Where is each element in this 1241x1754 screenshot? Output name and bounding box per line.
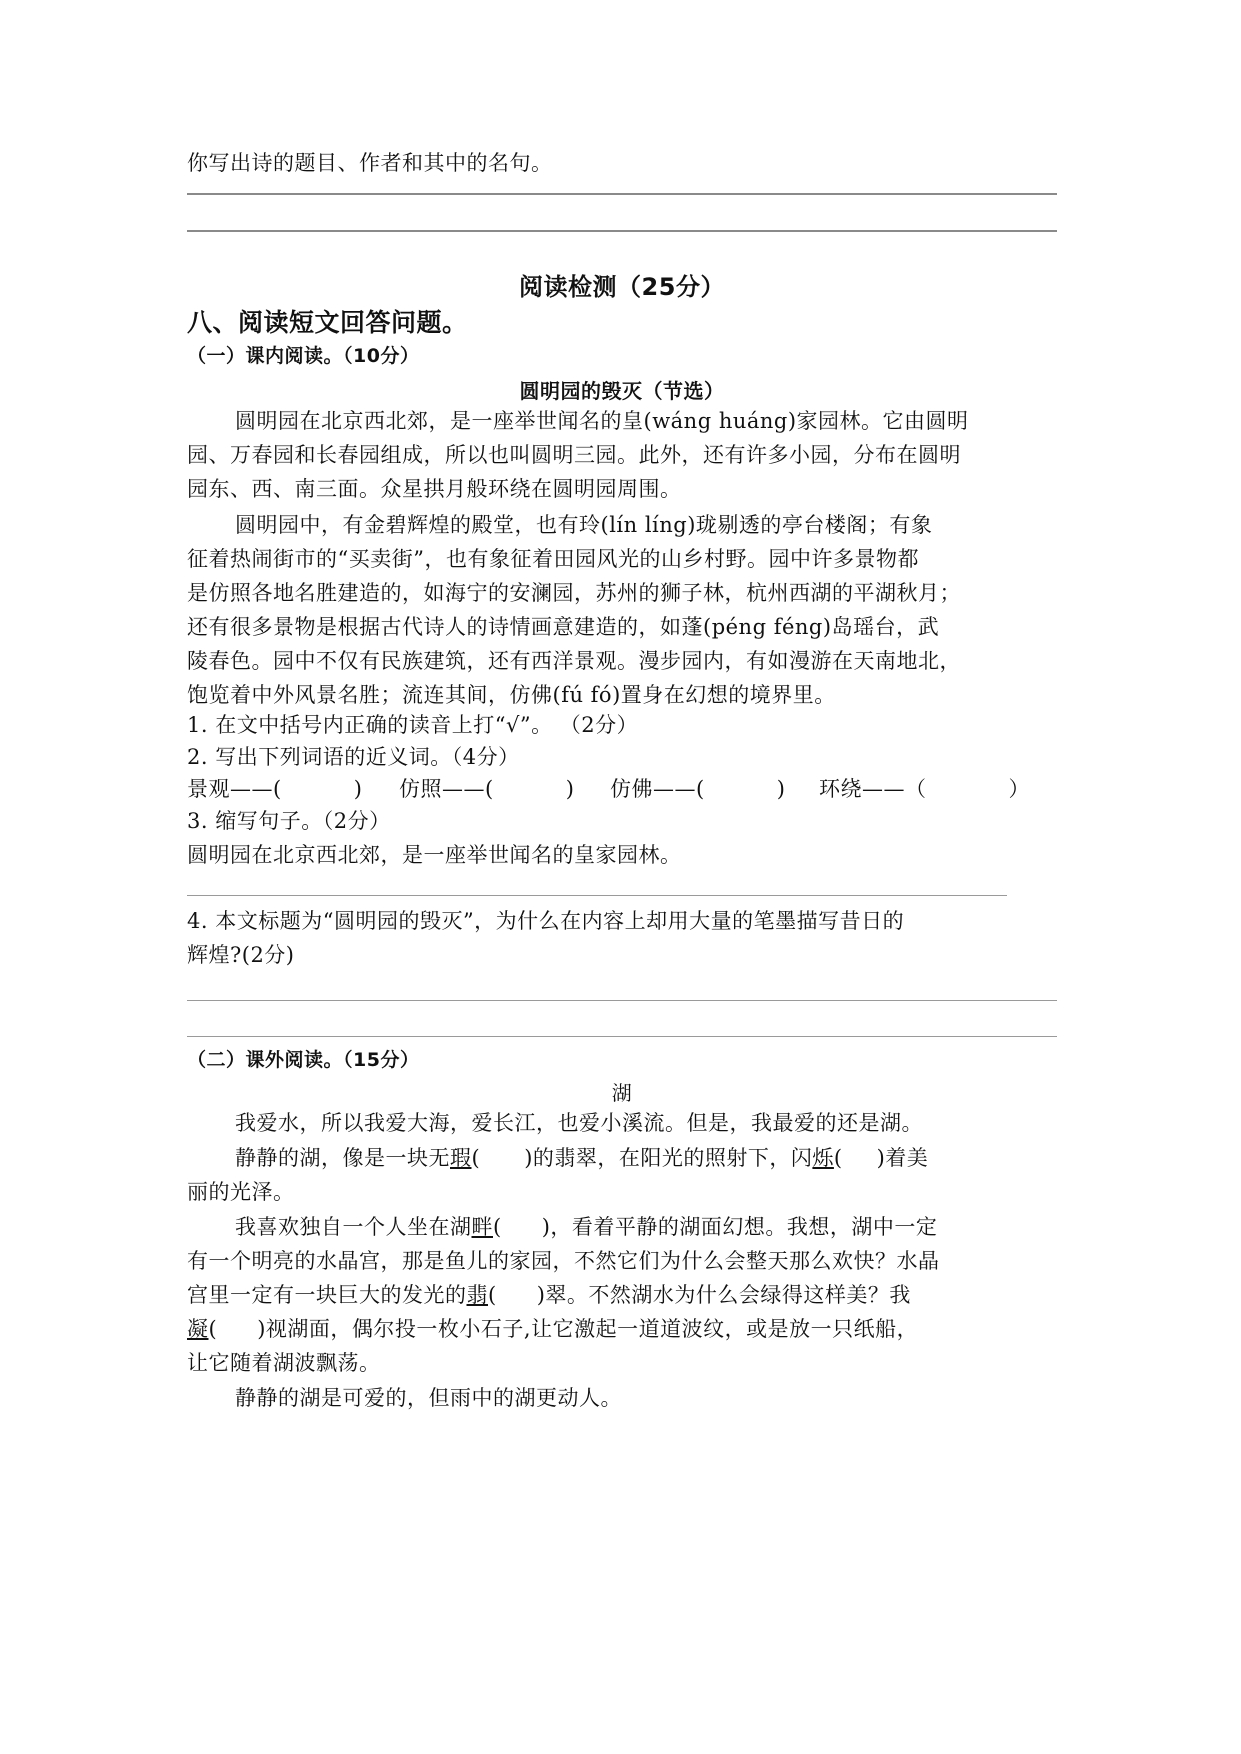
part1-heading: （一）课内阅读。（10分） [187, 341, 419, 371]
answer-line[interactable] [187, 230, 1057, 232]
passage-line: 陵春色。园中不仅有民族建筑，还有西洋景观。漫步园内，有如漫游在天南地北， [187, 646, 961, 676]
passage-line: 还有很多景物是根据古代诗人的诗情画意建造的，如蓬(péng féng)岛瑶台，武 [187, 612, 939, 642]
answer-line[interactable] [187, 1000, 1057, 1001]
synonym-item: 仿佛——() [610, 774, 785, 804]
part1-article-title: 圆明园的毁灭（节选） [187, 376, 1057, 406]
question-2: 2. 写出下列词语的近义词。（4分） [187, 742, 520, 772]
question-text: 你写出诗的题目、作者和其中的名句。 [187, 148, 553, 178]
passage-line: 丽的光泽。 [187, 1177, 295, 1207]
part2-heading: （二）课外阅读。（15分） [187, 1045, 419, 1075]
passage-line: 饱览着中外风景名胜；流连其间，仿佛(fú fó)置身在幻想的境界里。 [187, 680, 836, 710]
question-3-sentence: 圆明园在北京西北郊，是一座举世闻名的皇家园林。 [187, 840, 682, 870]
synonym-item: 景观——() [187, 774, 362, 804]
passage-line: 宫里一定有一块巨大的发光的翡()翠。不然湖水为什么会绿得这样美？我 [187, 1280, 911, 1310]
reading-test-title: 阅读检测（25分） [187, 272, 1057, 302]
answer-line[interactable] [187, 1036, 1057, 1037]
part2-article-title: 湖 [187, 1078, 1057, 1108]
answer-line[interactable] [187, 193, 1057, 195]
passage-line: 是仿照各地名胜建造的，如海宁的安澜园，苏州的狮子林，杭州西湖的平湖秋月； [187, 578, 961, 608]
underlined-char: 凝 [187, 1317, 209, 1341]
passage-line: 园东、西、南三面。众星拱月般环绕在圆明园周围。 [187, 474, 682, 504]
passage-line: 静静的湖，像是一块无瑕()的翡翠，在阳光的照射下，闪烁()着美 [235, 1143, 928, 1173]
section-title: 八、阅读短文回答问题。 [187, 308, 468, 338]
synonym-item: 环绕——（） [819, 774, 1030, 804]
passage-line: 有一个明亮的水晶宫，那是鱼儿的家园，不然它们为什么会整天那么欢快？水晶 [187, 1246, 940, 1276]
question-1: 1. 在文中括号内正确的读音上打“√”。 （2分） [187, 710, 638, 740]
passage-line: 园、万春园和长春园组成，所以也叫圆明三园。此外，还有许多小园，分布在圆明 [187, 440, 961, 470]
underlined-char: 烁 [812, 1146, 834, 1170]
underlined-char: 翡 [467, 1283, 489, 1307]
underlined-char: 瑕 [450, 1146, 472, 1170]
passage-line: 静静的湖是可爱的，但雨中的湖更动人。 [235, 1383, 622, 1413]
passage-line: 凝()视湖面，偶尔投一枚小石子,让它激起一道道波纹，或是放一只纸船， [187, 1314, 918, 1344]
passage-line: 圆明园在北京西北郊，是一座举世闻名的皇(wáng huáng)家园林。它由圆明 [235, 406, 969, 436]
passage-line: 征着热闹街市的“买卖街”，也有象征着田园风光的山乡村野。园中许多景物都 [187, 544, 919, 574]
question-3: 3. 缩写句子。（2分） [187, 806, 391, 836]
passage-line: 圆明园中，有金碧辉煌的殿堂，也有玲(lín líng)珑剔透的亭台楼阁；有象 [235, 510, 932, 540]
answer-line[interactable] [187, 895, 1007, 896]
underlined-char: 畔 [472, 1215, 494, 1239]
synonym-item: 仿照——() [399, 774, 574, 804]
question-4: 4. 本文标题为“圆明园的毁灭”，为什么在内容上却用大量的笔墨描写昔日的 [187, 906, 904, 936]
passage-line: 我爱水，所以我爱大海，爱长江，也爱小溪流。但是，我最爱的还是湖。 [235, 1108, 923, 1138]
question-4-cont: 辉煌?(2分) [187, 940, 295, 970]
passage-line: 让它随着湖波飘荡。 [187, 1348, 381, 1378]
passage-line: 我喜欢独自一个人坐在湖畔()，看着平静的湖面幻想。我想，湖中一定 [235, 1212, 937, 1242]
